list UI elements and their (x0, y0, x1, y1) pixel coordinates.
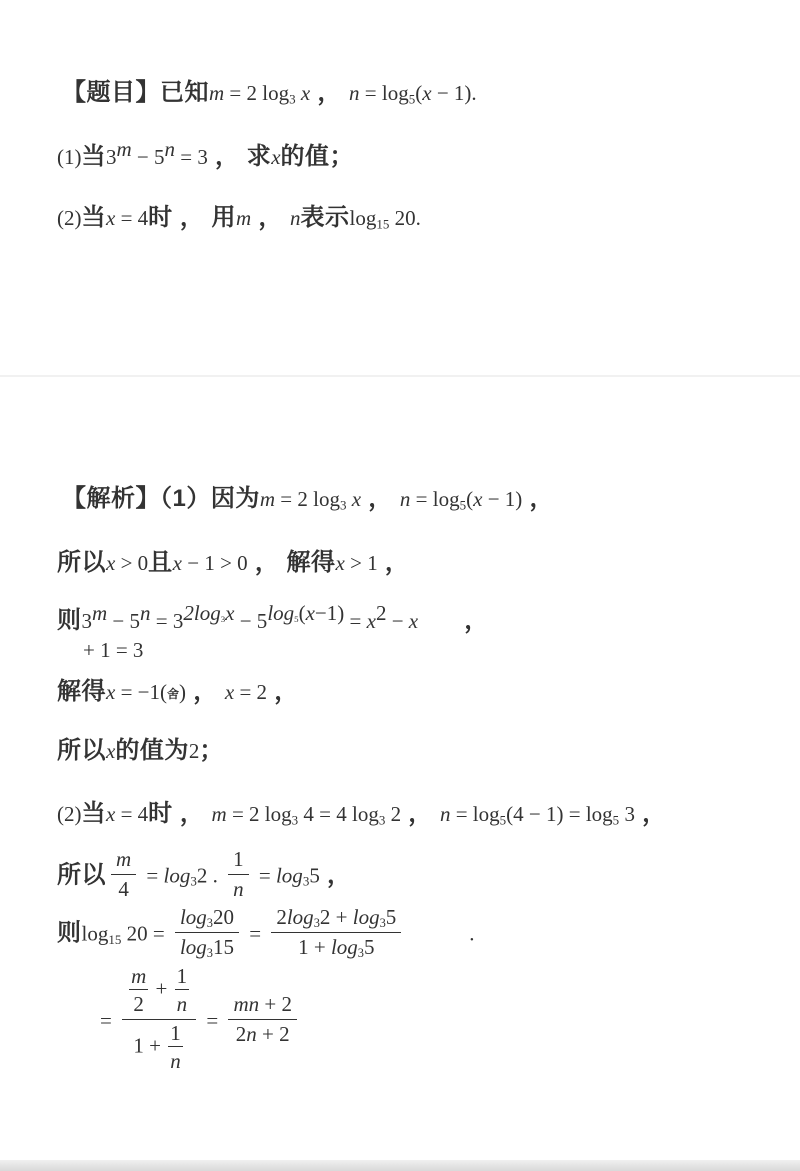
math-roman-run: 5 (364, 935, 375, 959)
math-roman-run: (4 − 1) = (506, 802, 586, 826)
math-roman-run: 3 (106, 145, 117, 169)
math-italic-run: m (117, 137, 132, 161)
math-roman-run: − 1) (482, 487, 522, 511)
math-roman-run: 20 (213, 905, 234, 929)
text-run: ， (267, 678, 299, 705)
math-roman-run: = (100, 1009, 117, 1033)
math-roman-run: = 2 (275, 487, 313, 511)
bottom-edge-bar (0, 1160, 800, 1171)
math-italic-run: mn (233, 992, 259, 1016)
text-run: ， (361, 485, 400, 512)
math-roman-run: 2 (385, 802, 401, 826)
math-italic-run: x (106, 680, 115, 704)
math-italic-run: m (260, 487, 275, 511)
math-roman-run: (2) (57, 802, 82, 826)
math-italic-run: n (246, 1022, 257, 1046)
math-roman-run: (1) (57, 145, 82, 169)
math-italic-run: x (336, 551, 345, 575)
text-run: 所以 (57, 861, 106, 888)
fraction: 1n (168, 1021, 183, 1073)
solution-log-change-base-line: 则log15 20 = log320log315 = 2log32 + log3… (57, 908, 475, 964)
math-roman-run: − 5 (234, 609, 267, 633)
fraction: mn + 22n + 2 (228, 992, 297, 1047)
math-roman-run: log (433, 487, 460, 511)
math-italic-run: m (212, 802, 227, 826)
text-run: 时 ， 用 (148, 204, 236, 231)
denominator: 2n + 2 (228, 1020, 297, 1047)
math-italic-run: m (116, 847, 131, 871)
solution-substitution-line: 所以m4 = log32 . 1n = log35 ， (57, 850, 352, 905)
math-italic-run: x (296, 81, 311, 105)
math-roman-run: = (360, 81, 382, 105)
math-roman-run: (2) (57, 206, 82, 230)
math-italic-run: log (180, 935, 207, 959)
math-roman-run: + 2 (259, 992, 292, 1016)
math-italic-run: m (236, 206, 251, 230)
math-roman-run: 20. (389, 206, 421, 230)
math-roman-run: = 3 (175, 145, 208, 169)
math-roman-run: 2 (133, 992, 144, 1016)
math-roman-run: + 2 (257, 1022, 290, 1046)
fraction: log320log315 (175, 905, 239, 961)
text-run: ， (251, 204, 290, 231)
numerator: 1 (228, 847, 249, 875)
math-roman-run: 5 (386, 905, 397, 929)
denominator: 1 + 1n (122, 1020, 196, 1074)
math-roman-run: + 1 = 3 (83, 638, 143, 662)
denominator: 4 (111, 875, 136, 902)
superscript: 2 (376, 608, 387, 623)
math-italic-run: log (276, 863, 303, 887)
math-roman-run: = (254, 863, 276, 887)
numerator: m (129, 964, 148, 990)
math-roman-run: 3 (619, 802, 635, 826)
math-roman-run: . (469, 922, 474, 946)
math-italic-run: n (140, 601, 151, 625)
math-roman-run: = 2 (224, 81, 262, 105)
text-run: ， (310, 79, 349, 106)
math-roman-run: = 3 (151, 609, 184, 633)
math-roman-run: = 2 (227, 802, 265, 826)
numerator: m (111, 847, 136, 875)
superscript: 2log3x (183, 608, 234, 623)
math-roman-run: log (586, 802, 613, 826)
fraction: 1n (228, 847, 249, 902)
math-roman-run: 2 + (320, 905, 353, 929)
text-run: 当 (82, 204, 107, 231)
solution-domain-line: 所以x > 0且x − 1 > 0 ， 解得x > 1 ， (57, 542, 409, 577)
numerator: mn + 2 (228, 992, 297, 1020)
math-italic-run: log (353, 905, 380, 929)
text-run: 当 (82, 143, 107, 170)
math-italic-run: x (225, 680, 234, 704)
math-roman-run: 20 = (121, 922, 170, 946)
text-run: 则 (57, 920, 82, 947)
math-roman-run: = (201, 1009, 223, 1033)
solution-equation-carryover-line: + 1 = 3 (83, 638, 143, 663)
math-roman-run: 2 (189, 739, 200, 763)
math-roman-run: ) (179, 680, 186, 704)
text-run: 则 (57, 607, 82, 634)
math-italic-run: x (106, 206, 115, 230)
math-italic-run: n (165, 137, 176, 161)
math-italic-run: x (106, 551, 115, 575)
math-italic-run: x (106, 739, 115, 763)
text-run: ； (199, 737, 224, 764)
math-roman-run: = 4 (115, 206, 148, 230)
text-run: ， 解得 (248, 549, 336, 576)
fraction: 2log32 + log351 + log35 (271, 905, 401, 961)
math-worksheet-page: 【题目】已知m = 2 log3 x ， n = log5(x − 1).(1)… (0, 0, 800, 1171)
math-roman-run: . (207, 863, 223, 887)
text-run: 【解析】（1）因为 (62, 485, 260, 512)
math-italic-run: n (400, 487, 411, 511)
math-roman-run: − 1 > 0 (182, 551, 248, 575)
math-italic-run: x (306, 601, 315, 625)
solution-roots-line: 解得x = −1(舍) ， x = 2 ， (57, 671, 299, 706)
math-italic-run: n (349, 81, 360, 105)
math-roman-run: 2 (197, 863, 208, 887)
math-roman-run: > 0 (115, 551, 148, 575)
numerator: 1 (168, 1021, 183, 1047)
math-roman-run: + (150, 977, 172, 1001)
math-roman-run: log (473, 802, 500, 826)
math-italic-run: n (233, 877, 244, 901)
math-roman-run: − 1). (432, 81, 477, 105)
superscript: n (165, 144, 176, 159)
solution-final-result-line: = m2 + 1n1 + 1n = mn + 22n + 2 (100, 968, 302, 1078)
numerator: log320 (175, 905, 239, 933)
math-roman-run: 5 (309, 863, 320, 887)
text-run: ， (401, 800, 440, 827)
problem-part1-line: (1)当3m − 5n = 3 ， 求x的值； (57, 136, 354, 171)
text-run: ， (635, 800, 667, 827)
text-run: 且 (148, 549, 173, 576)
math-italic-run: n (290, 206, 301, 230)
math-roman-run: = (450, 802, 472, 826)
section-divider (0, 375, 800, 377)
math-roman-run: − 5 (107, 609, 140, 633)
subscript: 15 (108, 932, 121, 947)
math-italic-run: 2log (183, 601, 220, 625)
fraction: m2 + 1n1 + 1n (122, 965, 196, 1075)
text-run: ， (464, 607, 489, 634)
math-italic-run: n (177, 992, 188, 1016)
denominator: log315 (175, 933, 239, 960)
problem-part2-line: (2)当x = 4时 ， 用m ， n表示log15 20. (57, 197, 421, 232)
superscript: m (117, 144, 132, 159)
solution-part2-line: (2)当x = 4时 ， m = 2 log3 4 = 4 log3 2 ， n… (57, 793, 667, 828)
math-roman-run: 1 + (298, 935, 331, 959)
math-roman-run: = (244, 922, 266, 946)
math-roman-run: 4 = 4 (298, 802, 352, 826)
math-italic-run: log (267, 601, 294, 625)
math-italic-run: x (173, 551, 182, 575)
math-roman-run: ( (299, 601, 306, 625)
fraction: m2 (129, 964, 148, 1016)
math-italic-run: m (131, 964, 146, 988)
numerator: m2 + 1n (122, 965, 196, 1020)
math-roman-run: 15 (213, 935, 234, 959)
denominator: n (175, 990, 190, 1016)
math-roman-run: 1 (177, 964, 188, 988)
math-italic-run: n (440, 802, 451, 826)
math-roman-run: 2 (276, 905, 287, 929)
math-italic-run: x (346, 487, 361, 511)
numerator: 2log32 + log35 (271, 905, 401, 933)
math-italic-run: log (180, 905, 207, 929)
math-roman-run: 3 (82, 609, 93, 633)
text-run: ， 求 (208, 143, 271, 170)
text-run: ， (522, 485, 554, 512)
math-roman-run: = (344, 609, 366, 633)
math-roman-run: = 2 (234, 680, 267, 704)
text-run: 当 (82, 800, 107, 827)
math-roman-run: = (410, 487, 432, 511)
math-roman-run: = −1( (115, 680, 167, 704)
small-annotation: 舍 (167, 687, 179, 701)
text-run: ， (378, 549, 410, 576)
denominator: 2 (129, 990, 148, 1016)
math-roman-run: 4 (118, 877, 129, 901)
math-italic-run: x (409, 609, 418, 633)
math-roman-run: − 5 (132, 145, 165, 169)
text-run: ， (186, 678, 225, 705)
subscript: 15 (376, 216, 389, 231)
math-italic-run: m (209, 81, 224, 105)
superscript: log5(x−1) (267, 608, 344, 623)
text-run: 所以 (57, 737, 106, 764)
numerator: 1 (175, 964, 190, 990)
text-run: 解得 (57, 678, 106, 705)
text-run: 所以 (57, 549, 106, 576)
math-roman-run: > 1 (345, 551, 378, 575)
text-run: 的值为 (115, 737, 189, 764)
text-run: 表示 (301, 204, 350, 231)
fraction: 1n (175, 964, 190, 1016)
math-italic-run: m (92, 601, 107, 625)
math-roman-run: log (265, 802, 292, 826)
math-italic-run: x (271, 145, 280, 169)
math-italic-run: x (367, 609, 376, 633)
solution-answer1-line: 所以x的值为2； (57, 730, 224, 765)
text-run: 【题目】已知 (62, 79, 209, 106)
math-roman-run: log (313, 487, 340, 511)
math-italic-run: log (331, 935, 358, 959)
math-roman-run: 2 (236, 1022, 247, 1046)
math-roman-run: log (352, 802, 379, 826)
denominator: 1 + log35 (271, 933, 401, 960)
problem-title-line: 【题目】已知m = 2 log3 x ， n = log5(x − 1). (62, 72, 477, 107)
solution-title-line: 【解析】（1）因为m = 2 log3 x ， n = log5(x − 1) … (62, 478, 554, 513)
superscript: n (140, 608, 151, 623)
text-run: 时 ， (148, 800, 211, 827)
math-roman-run: log (262, 81, 289, 105)
text-run: 的值； (281, 143, 355, 170)
math-roman-run: = (141, 863, 163, 887)
math-italic-run: n (170, 1049, 181, 1073)
math-roman-run: log (382, 81, 409, 105)
denominator: n (228, 875, 249, 902)
math-roman-run: − (386, 609, 408, 633)
math-roman-run: 2 (376, 601, 387, 625)
math-roman-run: −1) (315, 601, 344, 625)
math-italic-run: x (106, 802, 115, 826)
math-roman-run: 1 (170, 1021, 181, 1045)
math-italic-run: x (422, 81, 431, 105)
math-roman-run: 1 + (133, 1034, 166, 1058)
text-run: ， (320, 861, 352, 888)
superscript: m (92, 608, 107, 623)
solution-equation-line: 则3m − 5n = 32log3x − 5log5(x−1) = x2 − x… (57, 600, 489, 635)
math-italic-run: log (287, 905, 314, 929)
math-roman-run: = 4 (115, 802, 148, 826)
math-roman-run: log (82, 922, 109, 946)
fraction: m4 (111, 847, 136, 902)
math-italic-run: log (164, 863, 191, 887)
math-roman-run: log (350, 206, 377, 230)
math-roman-run: 1 (233, 847, 244, 871)
denominator: n (168, 1047, 183, 1073)
